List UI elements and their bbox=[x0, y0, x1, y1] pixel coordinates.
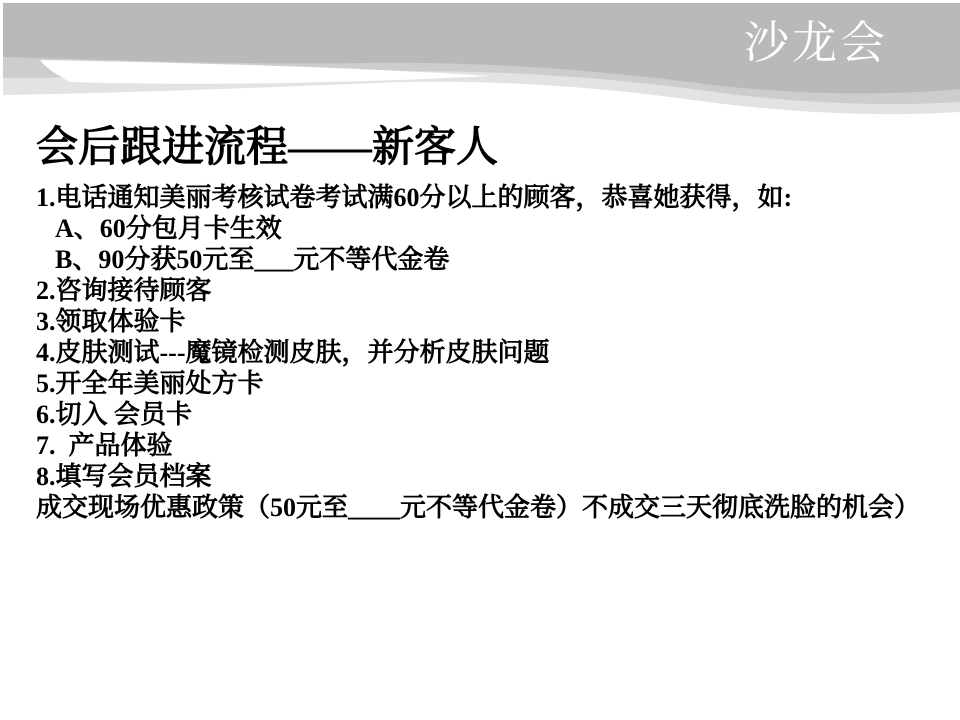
brand-logo-text: 沙龙会 bbox=[744, 20, 888, 65]
body-line-step4: 4.皮肤测试---魔镜检测皮肤，并分析皮肤问题 bbox=[36, 337, 951, 368]
body-line-step7: 7. 产品体验 bbox=[36, 430, 951, 461]
body-line-step2: 2.咨询接待顾客 bbox=[36, 275, 951, 306]
body-line-step8: 8.填写会员档案 bbox=[36, 461, 951, 492]
slide-body: 1.电话通知美丽考核试卷考试满60分以上的顾客，恭喜她获得，如: A、60分包月… bbox=[36, 182, 951, 523]
body-line-step3: 3.领取体验卡 bbox=[36, 306, 951, 337]
body-line-policy: 成交现场优惠政策（50元至____元不等代金卷）不成交三天彻底洗脸的机会） bbox=[36, 492, 951, 523]
header-wave-banner: 沙龙会 bbox=[0, 0, 960, 125]
body-line-step1b: B、90分获50元至___元不等代金卷 bbox=[36, 244, 951, 275]
slide-title: 会后跟进流程——新客人 bbox=[36, 124, 498, 172]
body-line-step5: 5.开全年美丽处方卡 bbox=[36, 368, 951, 399]
body-line-step1: 1.电话通知美丽考核试卷考试满60分以上的顾客，恭喜她获得，如: bbox=[36, 182, 951, 213]
body-line-step1a: A、60分包月卡生效 bbox=[36, 213, 951, 244]
presentation-slide: 沙龙会 会后跟进流程——新客人 1.电话通知美丽考核试卷考试满60分以上的顾客，… bbox=[0, 0, 960, 720]
body-line-step6: 6.切入 会员卡 bbox=[36, 399, 951, 430]
